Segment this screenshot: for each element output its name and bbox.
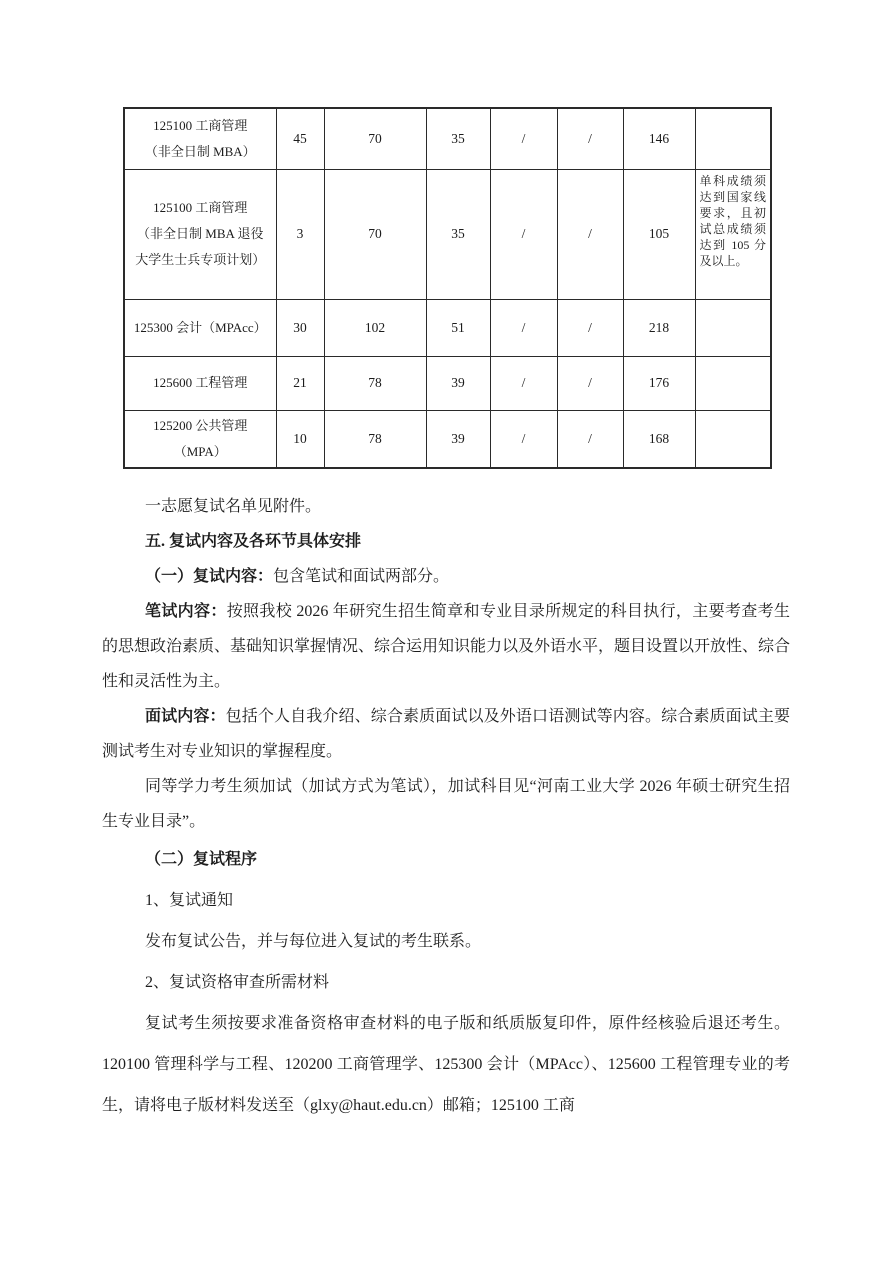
program-cell: 125300 会计（MPAcc） (124, 299, 276, 356)
score-cell: 10 (276, 410, 324, 468)
score-cell: / (490, 410, 557, 468)
score-cell: 21 (276, 356, 324, 410)
para-interview: 面试内容：包括个人自我介绍、综合素质面试以及外语口语测试等内容。综合素质面试主要… (102, 699, 790, 769)
table-row: 125100 工商管理 （非全日制 MBA） 45 70 35 / / 146 (124, 108, 771, 169)
para-step2-title: 2、复试资格审查所需材料 (102, 962, 790, 1003)
table-row: 125100 工商管理 （非全日制 MBA 退役 大学生士兵专项计划） 3 70… (124, 169, 771, 299)
score-cell: 70 (324, 108, 426, 169)
body-text: 一志愿复试名单见附件。 五. 复试内容及各环节具体安排 （一）复试内容：包含笔试… (102, 489, 790, 1126)
score-cell: 176 (623, 356, 695, 410)
note-cell: 单科成绩须达到国家线要求，且初试总成绩须达到 105 分及以上。 (695, 169, 771, 299)
score-cell: 39 (426, 410, 490, 468)
para-step2-text: 复试考生须按要求准备资格审查材料的电子版和纸质版复印件，原件经核验后退还考生。1… (102, 1003, 790, 1126)
score-cell: / (557, 356, 623, 410)
score-cell: 70 (324, 169, 426, 299)
table-row: 125200 公共管理 （MPA） 10 78 39 / / 168 (124, 410, 771, 468)
table-row: 125300 会计（MPAcc） 30 102 51 / / 218 (124, 299, 771, 356)
score-cell: 218 (623, 299, 695, 356)
section-review-procedure: （二）复试程序 1、复试通知 发布复试公告，并与每位进入复试的考生联系。 2、复… (102, 839, 790, 1126)
para-step1-text: 发布复试公告，并与每位进入复试的考生联系。 (102, 921, 790, 962)
score-cell: / (557, 410, 623, 468)
score-cell: 35 (426, 169, 490, 299)
score-cell: 3 (276, 169, 324, 299)
program-cell: 125200 公共管理 （MPA） (124, 410, 276, 468)
para-step1-title: 1、复试通知 (102, 880, 790, 921)
score-cell: 45 (276, 108, 324, 169)
score-cell: 105 (623, 169, 695, 299)
score-cell: / (490, 169, 557, 299)
score-cell: 146 (623, 108, 695, 169)
text-review-content: 包含笔试和面试两部分。 (273, 568, 449, 585)
note-cell (695, 356, 771, 410)
program-cell: 125100 工商管理 （非全日制 MBA 退役 大学生士兵专项计划） (124, 169, 276, 299)
score-cell: / (490, 299, 557, 356)
score-cell: 51 (426, 299, 490, 356)
score-cell: 39 (426, 356, 490, 410)
table-row: 125600 工程管理 21 78 39 / / 176 (124, 356, 771, 410)
heading-section-two: （二）复试程序 (102, 839, 790, 880)
program-cell: 125100 工商管理 （非全日制 MBA） (124, 108, 276, 169)
score-cell: 78 (324, 356, 426, 410)
para-written-test: 笔试内容：按照我校 2026 年研究生招生简章和专业目录所规定的科目执行，主要考… (102, 594, 790, 699)
note-cell (695, 108, 771, 169)
note-cell (695, 299, 771, 356)
score-cell: / (557, 108, 623, 169)
label-interview: 面试内容： (145, 708, 226, 725)
section-review-content: 一志愿复试名单见附件。 五. 复试内容及各环节具体安排 （一）复试内容：包含笔试… (102, 489, 790, 839)
score-cell: 78 (324, 410, 426, 468)
para-review-content: （一）复试内容：包含笔试和面试两部分。 (102, 559, 790, 594)
para-equivalency: 同等学力考生须加试（加试方式为笔试），加试科目见“河南工业大学 2026 年硕士… (102, 769, 790, 839)
document-page: 125100 工商管理 （非全日制 MBA） 45 70 35 / / 146 … (0, 0, 892, 1262)
score-cell: 35 (426, 108, 490, 169)
score-cell: 168 (623, 410, 695, 468)
program-cell: 125600 工程管理 (124, 356, 276, 410)
heading-section-five: 五. 复试内容及各环节具体安排 (102, 524, 790, 559)
label-review-content: （一）复试内容： (145, 568, 273, 585)
label-written-test: 笔试内容： (145, 603, 227, 620)
score-cell: / (490, 356, 557, 410)
score-cell: 30 (276, 299, 324, 356)
score-cell: / (490, 108, 557, 169)
score-cell: / (557, 169, 623, 299)
score-cell: / (557, 299, 623, 356)
note-cell (695, 410, 771, 468)
para-attachment-note: 一志愿复试名单见附件。 (102, 489, 790, 524)
score-cell: 102 (324, 299, 426, 356)
admission-score-table: 125100 工商管理 （非全日制 MBA） 45 70 35 / / 146 … (123, 107, 772, 469)
